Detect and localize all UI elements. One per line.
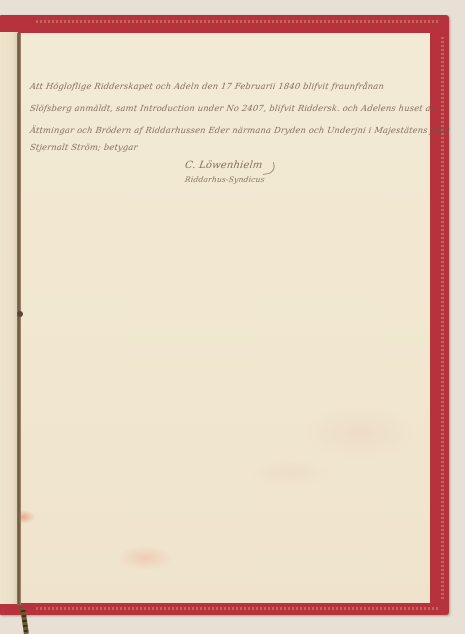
gilt-border-top (36, 20, 439, 23)
signature-name: C. Löwenhielm (184, 160, 263, 171)
text-line-2: Slöfsberg anmäldt, samt Introduction und… (29, 103, 437, 113)
signature-title: Riddarhus-Syndicus (184, 175, 265, 184)
book-gutter (17, 33, 21, 605)
scanned-volume: Att Högloflige Ridderskapet och Adeln de… (0, 0, 465, 634)
gilt-border-bottom (36, 607, 439, 610)
manuscript-page (20, 33, 430, 603)
binding-thread-hole (17, 311, 23, 317)
text-line-4: Stjernalt Ström; betygar (29, 142, 138, 152)
facing-page-edge (0, 32, 18, 604)
gilt-border-right (441, 37, 444, 601)
text-line-1: Att Högloflige Ridderskapet och Adeln de… (29, 81, 384, 91)
text-line-3: Ättmingar och Brödern af Riddarhussen Ed… (29, 125, 450, 135)
